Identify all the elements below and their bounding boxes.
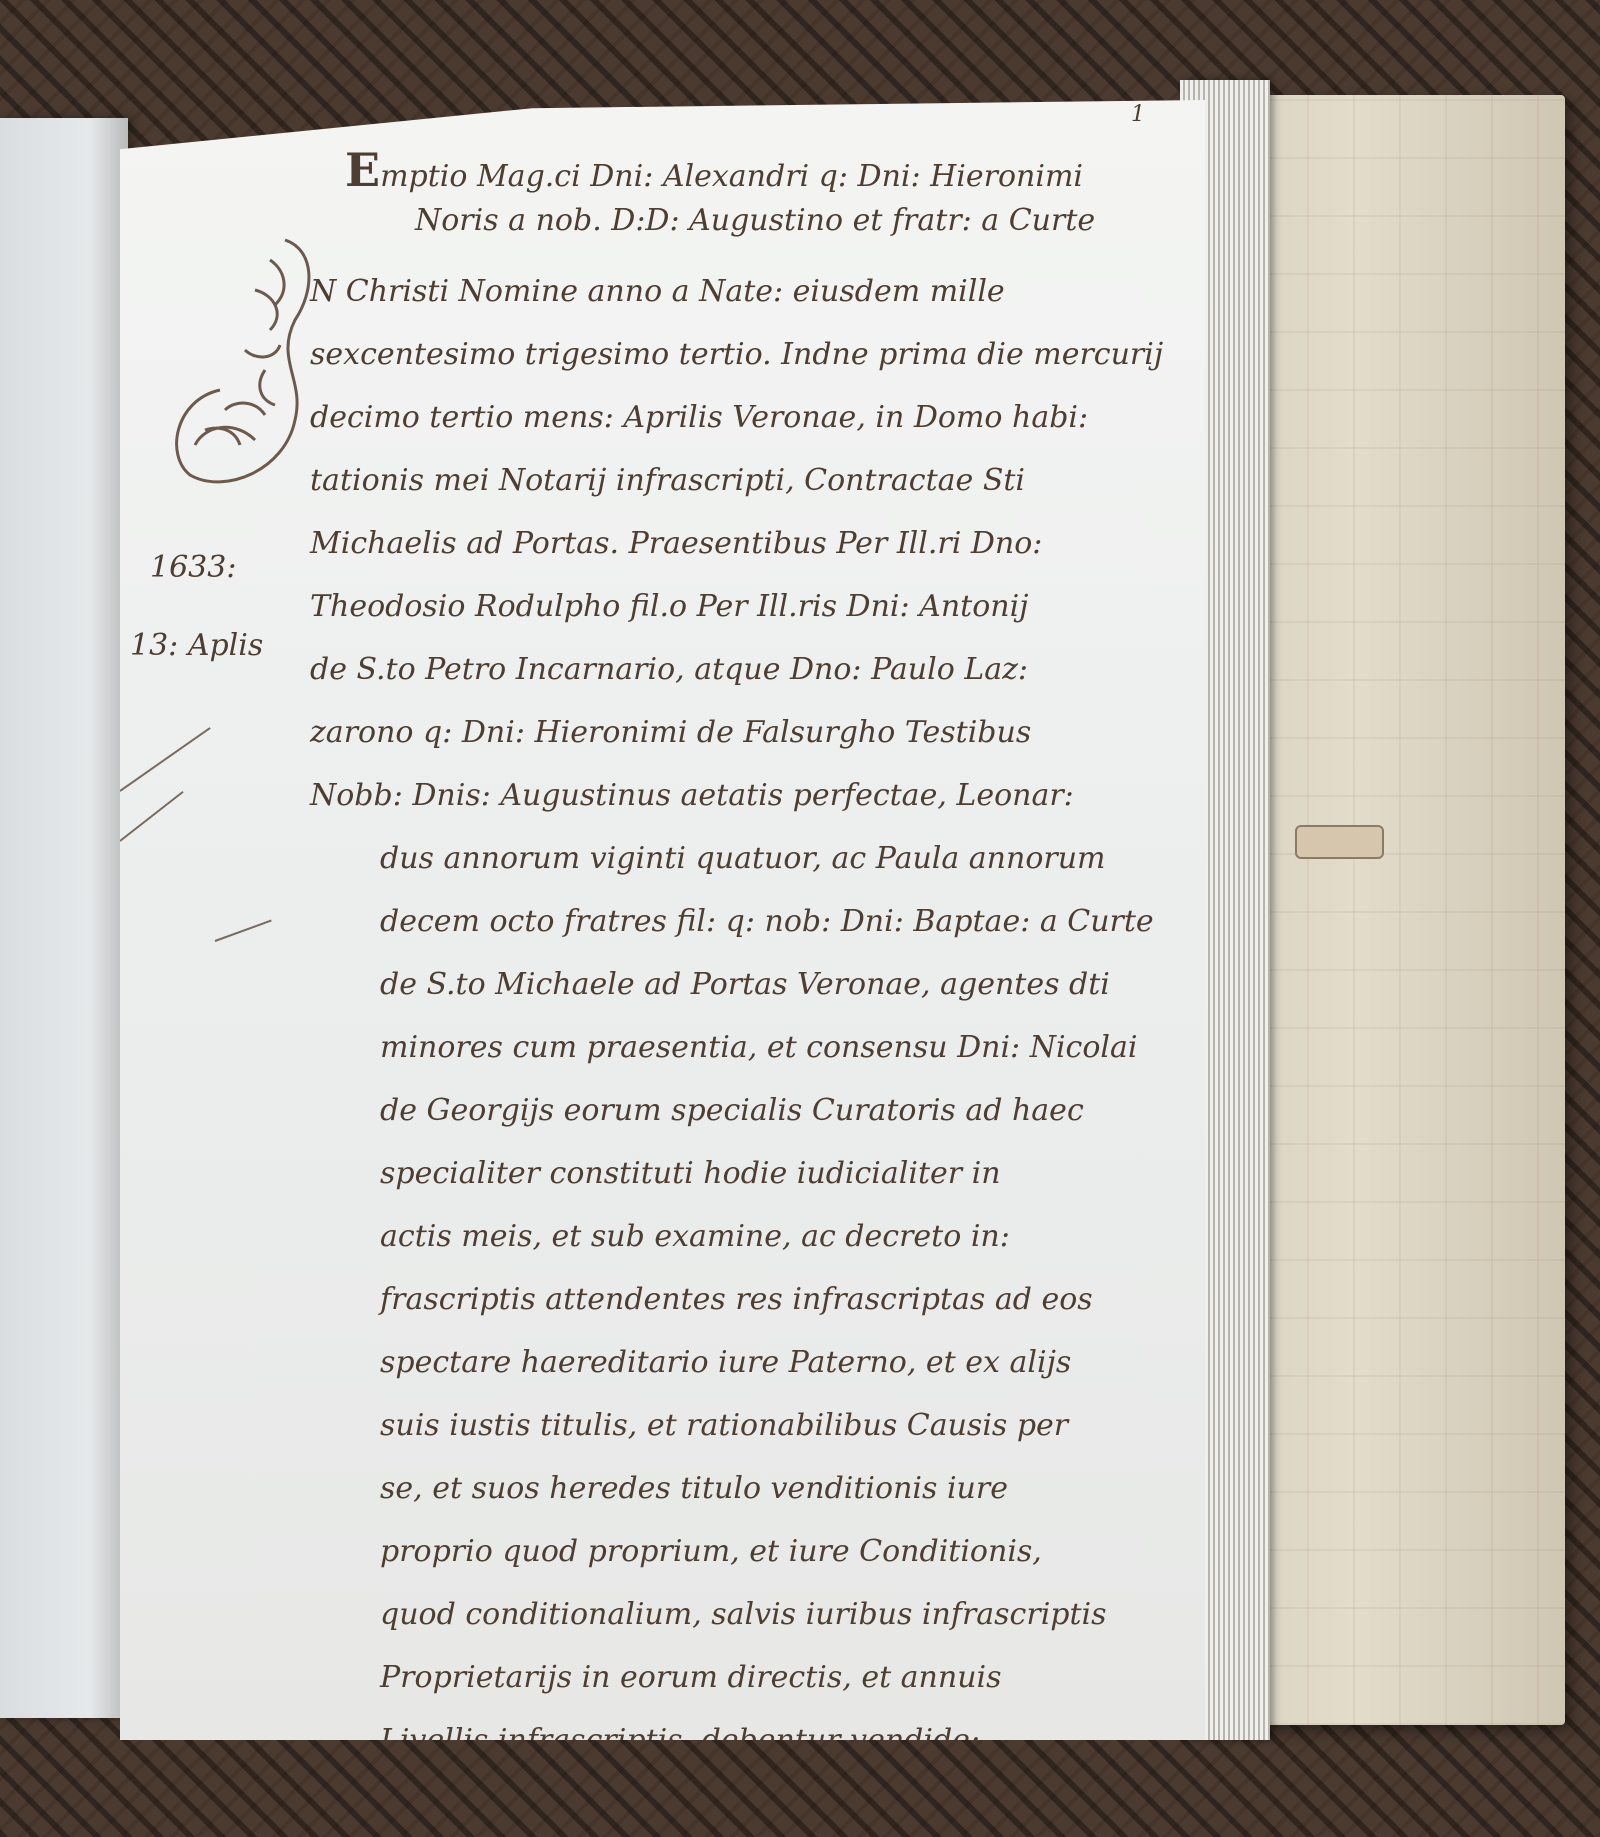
margin-stroke xyxy=(119,727,210,792)
body-line: zarono q: Dni: Hieronimi de Falsurgho Te… xyxy=(310,701,1170,764)
body-line: specialiter constituti hodie iudicialite… xyxy=(310,1142,1170,1205)
body-line: de S.to Petro Incarnario, atque Dno: Pau… xyxy=(310,638,1170,701)
body-line: Theodosio Rodulpho fil.o Per Ill.ris Dni… xyxy=(310,575,1170,638)
folio-number: 1 xyxy=(1131,102,1145,127)
body-line: suis iustis titulis, et rationabilibus C… xyxy=(310,1394,1170,1457)
margin-note-year: 1633: xyxy=(150,550,236,585)
margin-stroke xyxy=(119,791,183,842)
margin-stroke xyxy=(215,920,272,942)
body-line: tationis mei Notarij infrascripti, Contr… xyxy=(310,449,1170,512)
body-line: Michaelis ad Portas. Praesentibus Per Il… xyxy=(310,512,1170,575)
body-line: quod conditionalium, salvis iuribus infr… xyxy=(310,1583,1170,1646)
margin-note-date: 13: Aplis xyxy=(130,628,263,663)
cover-tie-slot xyxy=(1295,825,1384,859)
body-line: se, et suos heredes titulo venditionis i… xyxy=(310,1457,1170,1520)
body-line: decimo tertio mens: Aprilis Veronae, in … xyxy=(310,386,1170,449)
body-line: spectare haereditario iure Paterno, et e… xyxy=(310,1331,1170,1394)
heading: Emptio Mag.ci Dni: Alexandri q: Dni: Hie… xyxy=(345,148,1165,243)
body-line: dus annorum viginti quatuor, ac Paula an… xyxy=(310,827,1170,890)
body-text: N Christi Nomine anno a Nate: eiusdem mi… xyxy=(310,260,1170,1772)
body-line: sexcentesimo trigesimo tertio. Indne pri… xyxy=(310,323,1170,386)
manuscript-page: 1 Emptio Mag.ci Dni: Alexandri q: Dni: H… xyxy=(120,100,1205,1740)
body-line: proprio quod proprium, et iure Condition… xyxy=(310,1520,1170,1583)
heading-line-1: Emptio Mag.ci Dni: Alexandri q: Dni: Hie… xyxy=(345,148,1165,199)
body-line: decem octo fratres fil: q: nob: Dni: Bap… xyxy=(310,890,1170,953)
body-line: frascriptis attendentes res infrascripta… xyxy=(310,1268,1170,1331)
body-line: de Georgijs eorum specialis Curatoris ad… xyxy=(310,1079,1170,1142)
facing-left-page xyxy=(0,118,128,1718)
heading-line-1-text: mptio Mag.ci Dni: Alexandri q: Dni: Hier… xyxy=(380,159,1083,194)
body-line: Livellis infrascriptis, debentur vendide… xyxy=(310,1709,1170,1772)
body-line: Proprietarijs in eorum directis, et annu… xyxy=(310,1646,1170,1709)
heading-line-2: Noris a nob. D:D: Augustino et fratr: a … xyxy=(345,199,1165,243)
body-line: Nobb: Dnis: Augustinus aetatis perfectae… xyxy=(310,764,1170,827)
body-line: N Christi Nomine anno a Nate: eiusdem mi… xyxy=(310,260,1170,323)
body-line: actis meis, et sub examine, ac decreto i… xyxy=(310,1205,1170,1268)
body-line: minores cum praesentia, et consensu Dni:… xyxy=(310,1016,1170,1079)
body-line: de S.to Michaele ad Portas Veronae, agen… xyxy=(310,953,1170,1016)
